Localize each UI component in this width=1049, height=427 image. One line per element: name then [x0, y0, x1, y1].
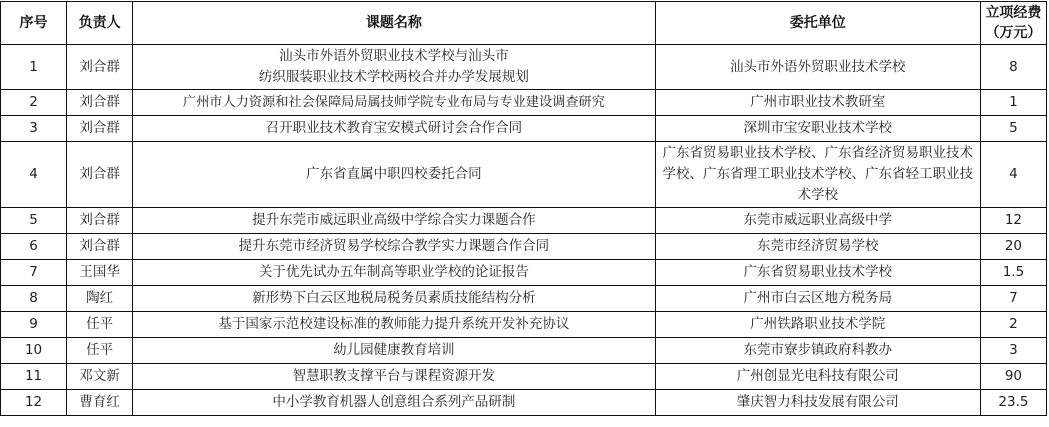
header-no: 序号 — [1, 2, 67, 45]
cell-fund: 7 — [980, 286, 1046, 312]
cell-fund: 2 — [980, 312, 1046, 338]
table-row: 4 刘合群 广东省直属中职四校委托合同 广东省贸易职业技术学校、广东省经济贸易职… — [1, 142, 1047, 208]
cell-client: 汕头市外语外贸职业技术学校 — [655, 45, 980, 90]
header-fund: 立项经费 （万元） — [980, 2, 1046, 45]
header-person: 负责人 — [67, 2, 133, 45]
table-row: 3 刘合群 召开职业技术教育宝安模式研讨会合作合同 深圳市宝安职业技术学校 5 — [1, 116, 1047, 142]
cell-no: 3 — [1, 116, 67, 142]
cell-person: 王国华 — [67, 260, 133, 286]
cell-client: 东莞市威远职业高级中学 — [655, 208, 980, 234]
header-fund-line2: （万元） — [985, 23, 1042, 43]
header-title: 课题名称 — [133, 2, 655, 45]
cell-no: 9 — [1, 312, 67, 338]
cell-no: 4 — [1, 142, 67, 208]
table-row: 7 王国华 关于优先试办五年制高等职业学校的论证报告 广东省贸易职业技术学校 1… — [1, 260, 1047, 286]
cell-person: 刘合群 — [67, 90, 133, 116]
cell-fund: 8 — [980, 45, 1046, 90]
cell-no: 10 — [1, 338, 67, 364]
table-row: 1 刘合群 汕头市外语外贸职业技术学校与汕头市 纺织服装职业技术学校两校合并办学… — [1, 45, 1047, 90]
cell-person: 陶红 — [67, 286, 133, 312]
cell-person: 任平 — [67, 338, 133, 364]
cell-person: 刘合群 — [67, 234, 133, 260]
cell-client: 广州市白云区地方税务局 — [655, 286, 980, 312]
cell-client: 肇庆智力科技发展有限公司 — [655, 390, 980, 416]
cell-title: 关于优先试办五年制高等职业学校的论证报告 — [133, 260, 655, 286]
table-row: 8 陶红 新形势下白云区地税局税务员素质技能结构分析 广州市白云区地方税务局 7 — [1, 286, 1047, 312]
header-fund-line1: 立项经费 — [985, 3, 1042, 23]
table-row: 6 刘合群 提升东莞市经济贸易学校综合教学实力课题合作合同 东莞市经济贸易学校 … — [1, 234, 1047, 260]
cell-title-line2: 纺织服装职业技术学校两校合并办学发展规划 — [137, 67, 650, 88]
cell-title: 汕头市外语外贸职业技术学校与汕头市 纺织服装职业技术学校两校合并办学发展规划 — [133, 45, 655, 90]
table-row: 2 刘合群 广州市人力资源和社会保障局局属技师学院专业布局与专业建设调查研究 广… — [1, 90, 1047, 116]
cell-client: 广州市职业技术教研室 — [655, 90, 980, 116]
cell-client: 广东省贸易职业技术学校、广东省经济贸易职业技术学校、广东省理工职业技术学校、广东… — [655, 142, 980, 208]
table-row: 10 任平 幼儿园健康教育培训 东莞市寮步镇政府科教办 3 — [1, 338, 1047, 364]
cell-person: 刘合群 — [67, 208, 133, 234]
cell-person: 刘合群 — [67, 142, 133, 208]
cell-fund: 4 — [980, 142, 1046, 208]
header-client: 委托单位 — [655, 2, 980, 45]
table-row: 12 曹育红 中小学教育机器人创意组合系列产品研制 肇庆智力科技发展有限公司 2… — [1, 390, 1047, 416]
cell-title: 提升东莞市经济贸易学校综合教学实力课题合作合同 — [133, 234, 655, 260]
table-row: 5 刘合群 提升东莞市威远职业高级中学综合实力课题合作 东莞市威远职业高级中学 … — [1, 208, 1047, 234]
cell-no: 5 — [1, 208, 67, 234]
cell-person: 曹育红 — [67, 390, 133, 416]
table-header-row: 序号 负责人 课题名称 委托单位 立项经费 （万元） — [1, 2, 1047, 45]
cell-title: 幼儿园健康教育培训 — [133, 338, 655, 364]
cell-title: 召开职业技术教育宝安模式研讨会合作合同 — [133, 116, 655, 142]
cell-fund: 20 — [980, 234, 1046, 260]
cell-no: 11 — [1, 364, 67, 390]
cell-client: 广州创显光电科技有限公司 — [655, 364, 980, 390]
table-row: 11 邓文新 智慧职教支撑平台与课程资源开发 广州创显光电科技有限公司 90 — [1, 364, 1047, 390]
cell-title: 提升东莞市威远职业高级中学综合实力课题合作 — [133, 208, 655, 234]
cell-person: 刘合群 — [67, 45, 133, 90]
project-table: 序号 负责人 课题名称 委托单位 立项经费 （万元） 1 刘合群 汕头市外语外贸… — [0, 1, 1047, 416]
cell-title: 广东省直属中职四校委托合同 — [133, 142, 655, 208]
cell-fund: 23.5 — [980, 390, 1046, 416]
cell-no: 7 — [1, 260, 67, 286]
cell-fund: 3 — [980, 338, 1046, 364]
cell-fund: 90 — [980, 364, 1046, 390]
cell-person: 邓文新 — [67, 364, 133, 390]
cell-person: 刘合群 — [67, 116, 133, 142]
cell-title: 中小学教育机器人创意组合系列产品研制 — [133, 390, 655, 416]
table-row: 9 任平 基于国家示范校建设标准的教师能力提升系统开发补充协议 广州铁路职业技术… — [1, 312, 1047, 338]
cell-title: 基于国家示范校建设标准的教师能力提升系统开发补充协议 — [133, 312, 655, 338]
cell-fund: 5 — [980, 116, 1046, 142]
cell-fund: 1 — [980, 90, 1046, 116]
cell-client: 广州铁路职业技术学院 — [655, 312, 980, 338]
cell-fund: 1.5 — [980, 260, 1046, 286]
cell-client: 东莞市经济贸易学校 — [655, 234, 980, 260]
cell-no: 1 — [1, 45, 67, 90]
cell-title-line1: 汕头市外语外贸职业技术学校与汕头市 — [137, 46, 650, 67]
cell-fund: 12 — [980, 208, 1046, 234]
cell-title: 广州市人力资源和社会保障局局属技师学院专业布局与专业建设调查研究 — [133, 90, 655, 116]
cell-no: 12 — [1, 390, 67, 416]
cell-client: 广东省贸易职业技术学校 — [655, 260, 980, 286]
cell-title: 智慧职教支撑平台与课程资源开发 — [133, 364, 655, 390]
cell-title: 新形势下白云区地税局税务员素质技能结构分析 — [133, 286, 655, 312]
cell-client: 深圳市宝安职业技术学校 — [655, 116, 980, 142]
cell-no: 6 — [1, 234, 67, 260]
cell-client: 东莞市寮步镇政府科教办 — [655, 338, 980, 364]
cell-no: 2 — [1, 90, 67, 116]
cell-no: 8 — [1, 286, 67, 312]
cell-person: 任平 — [67, 312, 133, 338]
